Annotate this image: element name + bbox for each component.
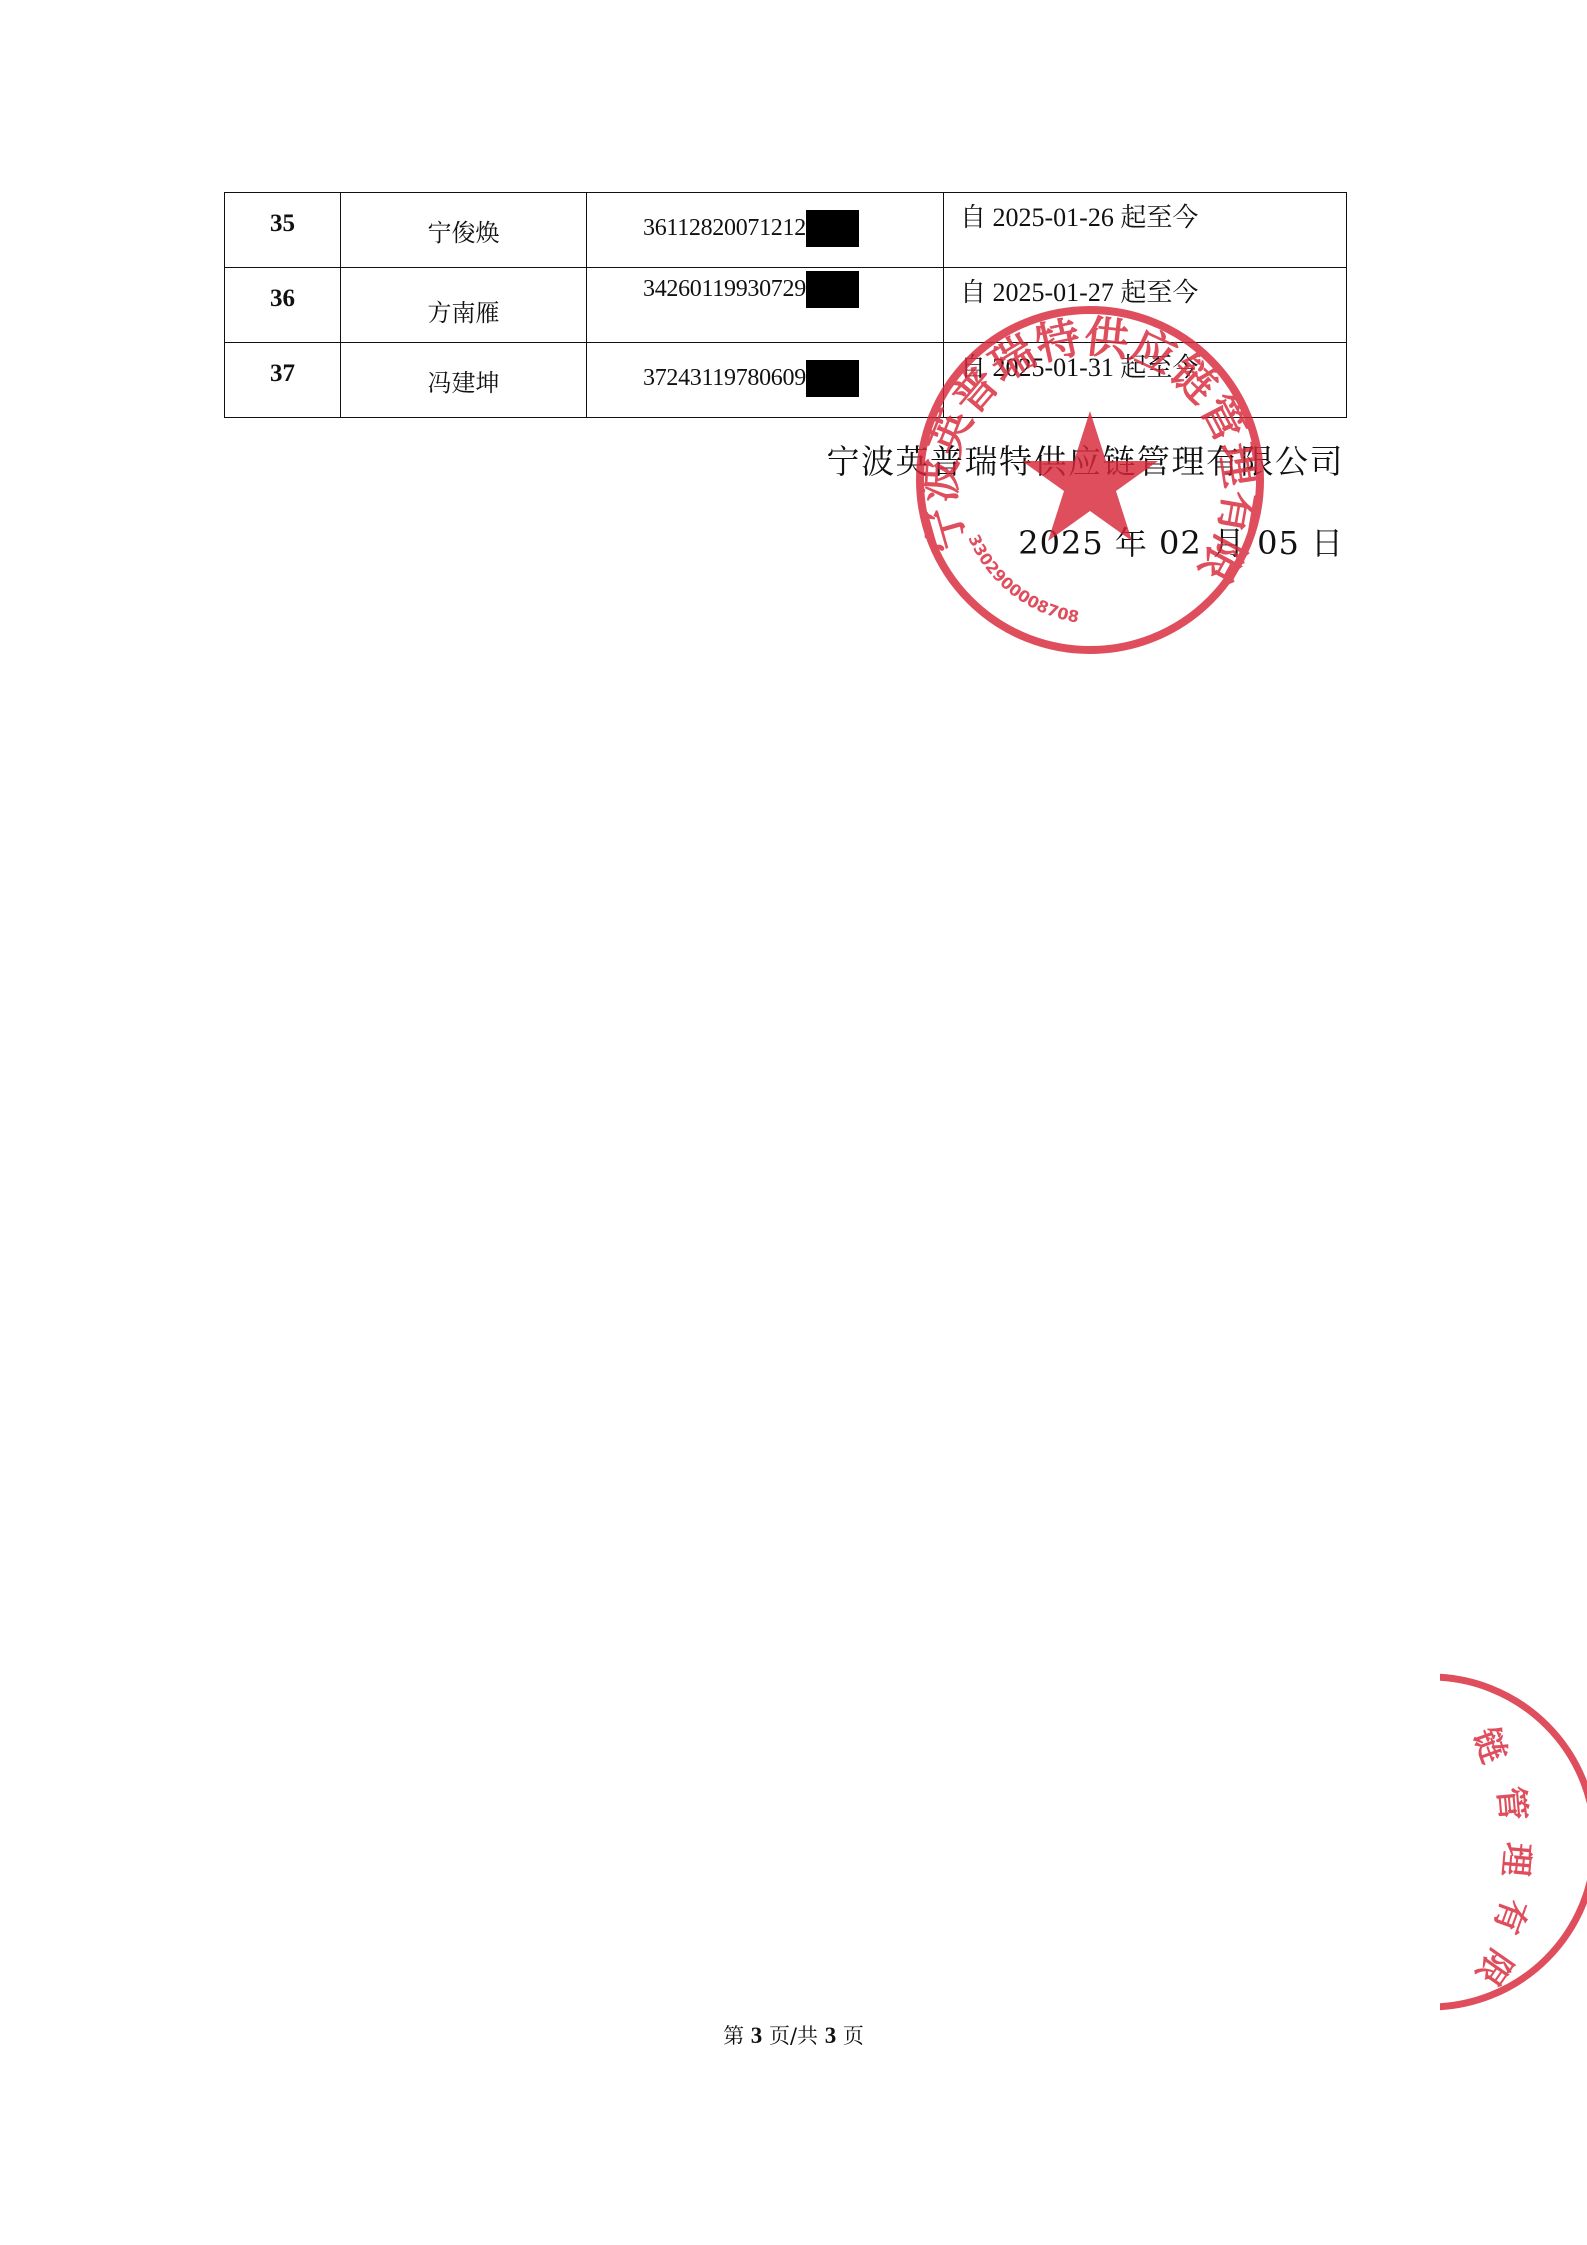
- svg-text:有: 有: [1485, 1893, 1534, 1939]
- row-number: 36: [225, 285, 340, 313]
- partial-seal-icon: 链 管 理 有 限: [1440, 1672, 1587, 2012]
- company-seal-icon: 宁波英普瑞特供应链管理有限公司 3302900008708: [903, 293, 1277, 667]
- table-row: 35 宁俊焕 36112820071212 自 2025-01-26 起至今: [225, 193, 1347, 268]
- svg-text:管: 管: [1490, 1785, 1533, 1822]
- employee-name: 宁俊焕: [341, 213, 586, 248]
- footer-middle: 页/共: [769, 2024, 818, 2048]
- star-icon: [1022, 411, 1158, 541]
- employee-name: 方南雁: [341, 293, 586, 328]
- document-page: 35 宁俊焕 36112820071212 自 2025-01-26 起至今 3…: [0, 0, 1587, 2245]
- redaction-block: [806, 360, 859, 397]
- redaction-block: [806, 210, 859, 247]
- row-number: 35: [225, 210, 340, 238]
- svg-text:理: 理: [1494, 1841, 1537, 1878]
- employment-period: 自 2025-01-26 起至今: [960, 197, 1346, 234]
- employee-name: 冯建坤: [341, 363, 586, 398]
- total-page-number: 3: [825, 2023, 837, 2048]
- row-number: 37: [225, 360, 340, 388]
- id-number: 37243119780609: [643, 365, 806, 392]
- footer-prefix: 第: [723, 2024, 744, 2048]
- id-number: 34260119930729: [643, 276, 806, 303]
- svg-text:链: 链: [1465, 1723, 1514, 1769]
- redaction-block: [806, 271, 859, 308]
- id-number: 36112820071212: [643, 215, 806, 242]
- page-footer: 第 3 页/共 3 页: [0, 2020, 1587, 2050]
- footer-suffix: 页: [843, 2024, 864, 2048]
- current-page-number: 3: [751, 2023, 763, 2048]
